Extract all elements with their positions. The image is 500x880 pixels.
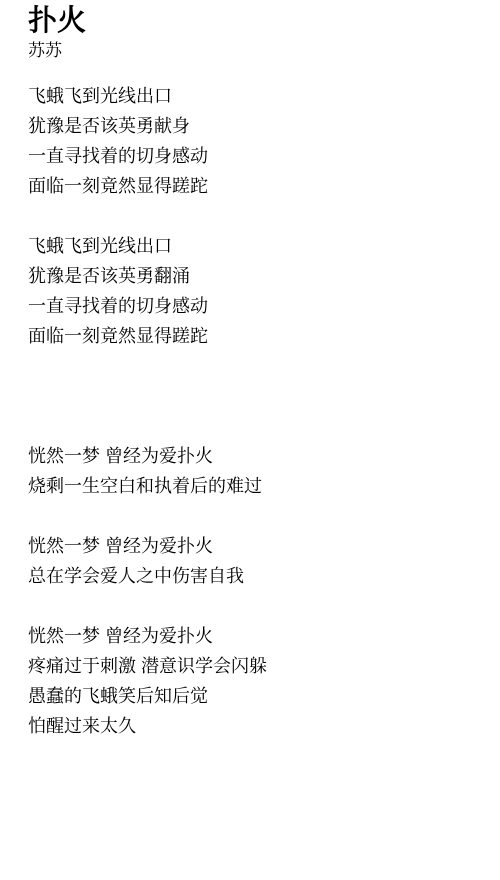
lyric-line: 恍然一梦 曾经为爱扑火: [28, 531, 480, 561]
lyric-line: 怕醒过来太久: [28, 711, 480, 741]
lyric-line: 一直寻找着的切身感动: [28, 291, 480, 321]
lyrics-body: 飞蛾飞到光线出口 犹豫是否该英勇献身 一直寻找着的切身感动 面临一刻竟然显得蹉跎…: [28, 81, 480, 741]
lyrics-page: 扑火 苏苏 飞蛾飞到光线出口 犹豫是否该英勇献身 一直寻找着的切身感动 面临一刻…: [0, 0, 500, 741]
lyric-stanza-5: 恍然一梦 曾经为爱扑火 疼痛过于刺激 潜意识学会闪躲 愚蠢的飞蛾笑后知后觉 怕醒…: [28, 621, 480, 741]
lyric-line: 恍然一梦 曾经为爱扑火: [28, 441, 480, 471]
lyric-line: 烧剩一生空白和执着后的难过: [28, 471, 480, 501]
lyric-line: 面临一刻竟然显得蹉跎: [28, 171, 480, 201]
song-title: 扑火: [28, 4, 480, 38]
lyric-line: 飞蛾飞到光线出口: [28, 81, 480, 111]
lyric-line: 愚蠢的飞蛾笑后知后觉: [28, 681, 480, 711]
lyric-stanza-3: 恍然一梦 曾经为爱扑火 烧剩一生空白和执着后的难过: [28, 441, 480, 501]
lyric-line: 一直寻找着的切身感动: [28, 141, 480, 171]
lyric-stanza-4: 恍然一梦 曾经为爱扑火 总在学会爱人之中伤害自我: [28, 531, 480, 591]
artist-name: 苏苏: [28, 40, 480, 62]
lyric-line: 疼痛过于刺激 潜意识学会闪躲: [28, 651, 480, 681]
lyric-line: 恍然一梦 曾经为爱扑火: [28, 621, 480, 651]
lyric-line: 犹豫是否该英勇翻涌: [28, 261, 480, 291]
lyric-line: 面临一刻竟然显得蹉跎: [28, 321, 480, 351]
lyric-line: 飞蛾飞到光线出口: [28, 231, 480, 261]
lyric-stanza-2: 飞蛾飞到光线出口 犹豫是否该英勇翻涌 一直寻找着的切身感动 面临一刻竟然显得蹉跎: [28, 231, 480, 351]
lyric-stanza-1: 飞蛾飞到光线出口 犹豫是否该英勇献身 一直寻找着的切身感动 面临一刻竟然显得蹉跎: [28, 81, 480, 201]
lyric-line: 犹豫是否该英勇献身: [28, 111, 480, 141]
lyric-line: 总在学会爱人之中伤害自我: [28, 561, 480, 591]
